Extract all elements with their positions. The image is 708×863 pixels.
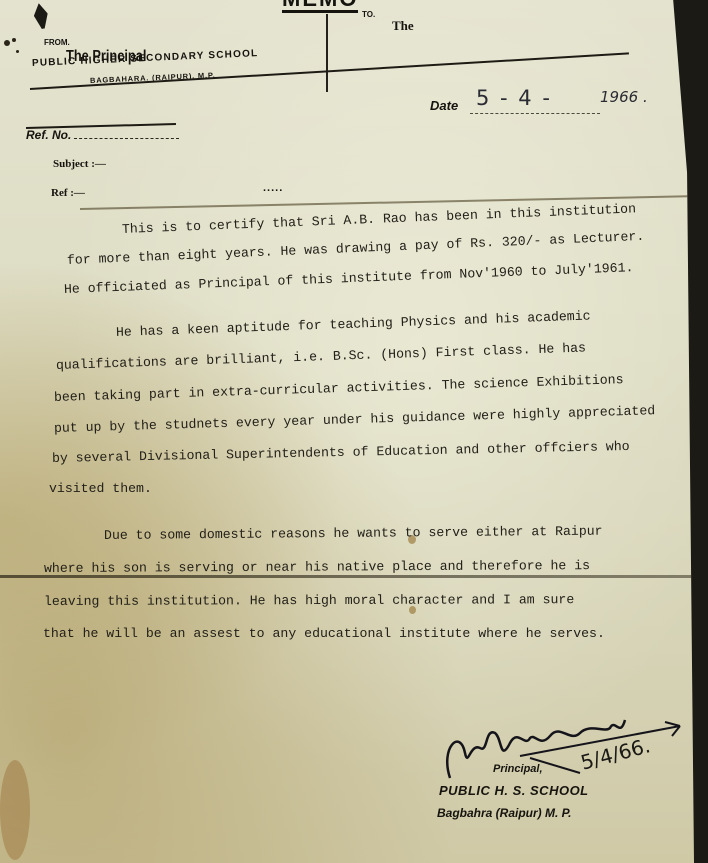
body-line: put up by the studnets every year under … (54, 403, 656, 436)
body-line: He has a keen aptitude for teaching Phys… (116, 308, 591, 340)
body-line: qualifications are brilliant, i.e. B.Sc.… (56, 340, 586, 373)
ink-spot (16, 50, 19, 53)
body-line: where his son is serving or near his nat… (44, 558, 590, 576)
subject-label: Subject :— (53, 158, 106, 170)
ref-label: Ref :— (51, 187, 85, 199)
date-year: 1966 . (600, 88, 648, 106)
ref-no-underline (74, 138, 179, 139)
body-line: Due to some domestic reasons he wants to… (104, 524, 603, 543)
date-day-month: 5 - 4 - (476, 86, 552, 110)
memo-document: MEMO FROM. The Principal PUBLIC HIGHER S… (0, 0, 694, 863)
memo-title: MEMO (282, 0, 358, 13)
stamp-address: Bagbahra (Raipur) M. P. (437, 806, 571, 820)
paper-fold-line (0, 575, 694, 578)
date-label: Date (430, 98, 458, 113)
body-line: by several Divisional Superintendents of… (52, 439, 630, 466)
stamp-title: Principal, (493, 763, 543, 775)
pen-nib-logo-icon (32, 2, 50, 30)
body-line: been taking part in extra-curricular act… (54, 372, 624, 405)
header-divider (326, 14, 328, 92)
ref-dots: ..... (263, 182, 283, 194)
date-underline (470, 113, 600, 114)
ink-spot (4, 40, 10, 46)
body-line: leaving this institution. He has high mo… (44, 592, 574, 609)
body-line: that he will be an assest to any educati… (43, 626, 605, 641)
from-label: FROM. (44, 38, 70, 47)
ink-spot (12, 38, 16, 42)
to-value: The (392, 18, 414, 34)
ref-no-label: Ref. No. (26, 128, 71, 142)
age-stain (0, 760, 30, 860)
body-line: visited them. (49, 481, 152, 496)
to-label: TO. (362, 10, 375, 19)
principal-signature (440, 708, 690, 788)
stamp-school: PUBLIC H. S. SCHOOL (439, 783, 589, 798)
body-line: He officiated as Principal of this insti… (64, 260, 634, 297)
